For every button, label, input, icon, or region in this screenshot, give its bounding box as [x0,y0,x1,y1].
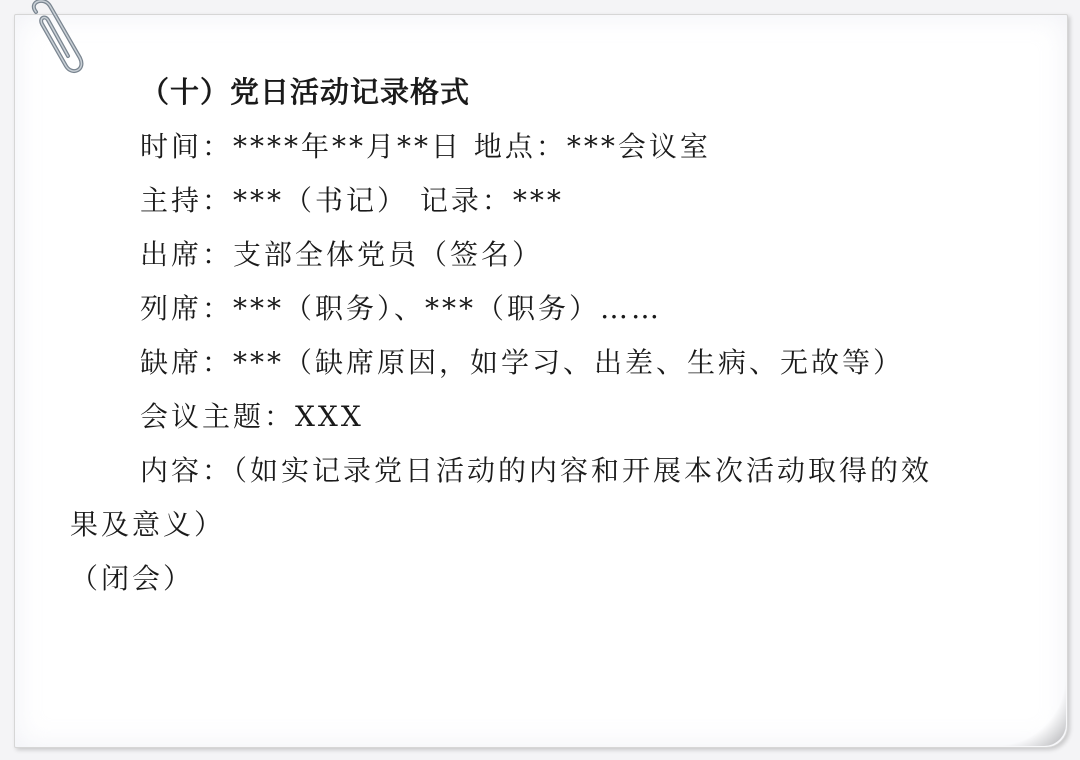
closing-line: （闭会） [70,557,194,597]
meeting-topic-line: 会议主题：XXX [140,395,364,435]
observers-line: 列席：***（职务）、***（职务）…… [140,287,662,327]
absentees-line: 缺席：***（缺席原因，如学习、出差、生病、无故等） [140,341,904,381]
time-location-line: 时间：****年**月**日 地点：***会议室 [140,125,711,165]
document-title: （十）党日活动记录格式 [140,70,470,111]
attendees-line: 出席：支部全体党员（签名） [140,233,543,273]
host-recorder-line: 主持：***（书记） 记录：*** [140,179,564,219]
content-line: 内容：（如实记录党日活动的内容和开展本次活动取得的效 [140,449,932,489]
content-line-continued: 果及意义） [70,503,225,543]
page-curl-shadow [996,676,1066,746]
paperclip-icon [22,0,92,80]
